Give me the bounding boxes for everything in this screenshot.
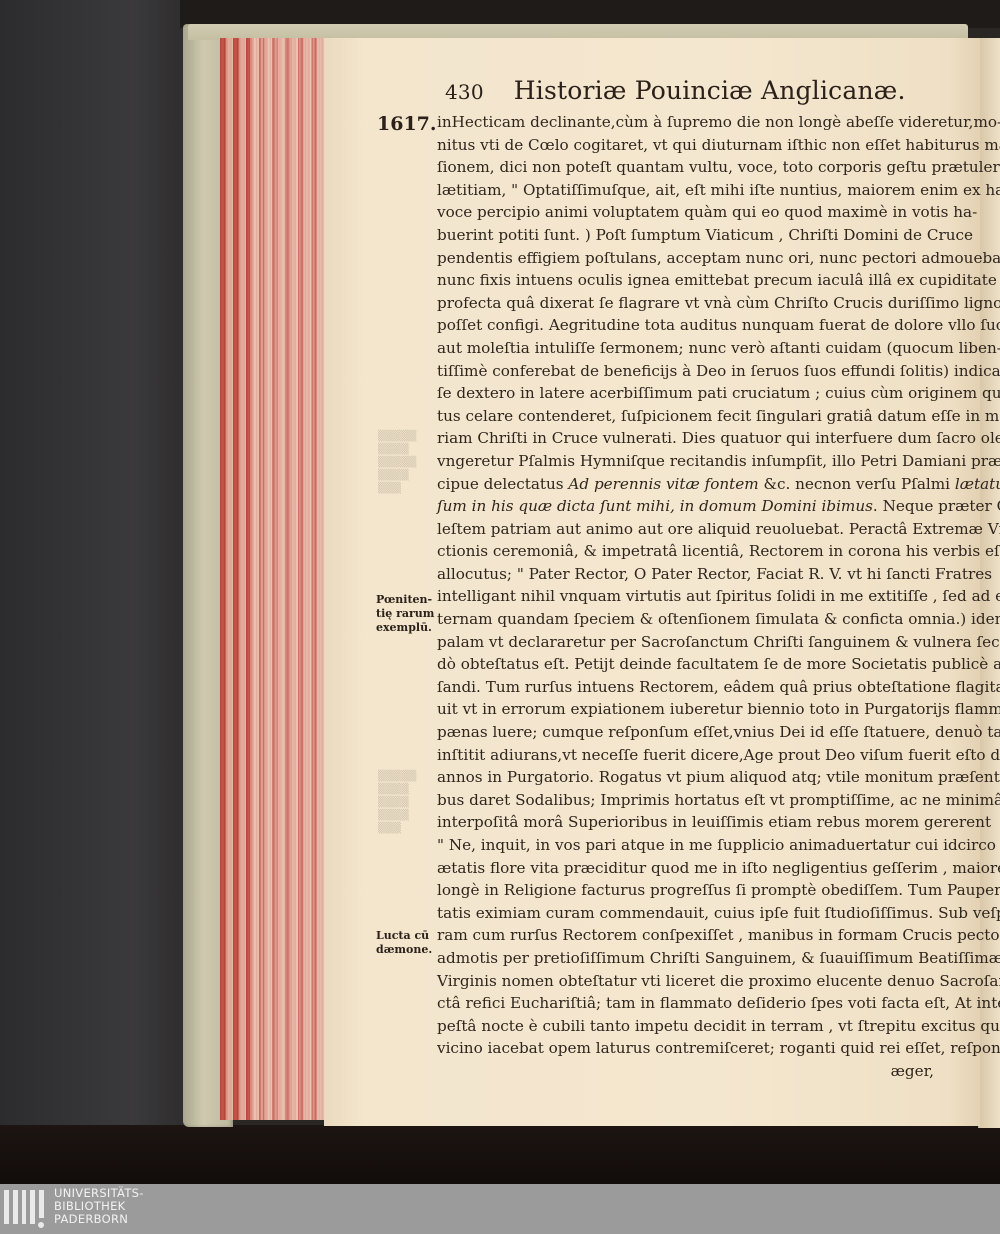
marginal-note-line: Lucta cū [376,929,429,942]
text-line: ctionis ceremoniâ, & impetratâ licentiâ,… [437,540,934,563]
text-line: ſum in his quæ dicta ſunt mihi, in domum… [437,495,934,518]
marginal-note-penitence: Pœniten- tię rarum exemplū. [376,593,434,635]
library-name-line: UNIVERSITÄTS- [54,1186,144,1200]
text-line: poſſet configi. Aegritudine tota auditus… [437,314,934,337]
text-line: inſtitit adiurans,vt neceſſe fuerit dice… [437,744,934,767]
running-head-title: Historiæ Pouinciæ Anglicanæ. [514,76,906,105]
text-line: vicino iacebat opem laturus contremiſcer… [437,1037,934,1060]
library-name-line: BIBLIOTHEK [54,1199,126,1213]
text-line: uit vt in errorum expiationem iuberetur … [437,698,934,721]
text-line: ctâ refici Euchariſtiâ; tam in flammato … [437,992,934,1015]
library-name-line: PADERBORN [54,1212,128,1226]
page-number: 430 [445,80,484,104]
text-line: leſtem patriam aut animo aut ore aliquid… [437,518,934,541]
text-line: ſe dextero in latere acerbiſſimum pati c… [437,382,934,405]
text-line: tatis eximiam curam commendauit, cuius i… [437,902,934,925]
text-line: annos in Purgatorio. Rogatus vt pium ali… [437,766,934,789]
text-line: palam vt declararetur per Sacroſanctum C… [437,631,934,654]
show-through-text: ▒▒▒▒▒▒▒▒▒▒▒▒▒▒▒▒▒▒▒▒ [378,770,416,835]
text-line: ram cum rurſus Rectorem conſpexiſſet , m… [437,924,934,947]
footer-bar: UNIVERSITÄTS- BIBLIOTHEK PADERBORN [0,1184,1000,1234]
marginal-note-line: tię rarum [376,607,434,620]
text-line: ſandi. Tum rurſus intuens Rectorem, eâde… [437,676,934,699]
show-through-text: ▒▒▒▒▒▒▒▒▒▒▒▒▒▒▒▒▒▒▒▒▒ [378,430,416,495]
text-line: dò obteſtatus eſt. Petijt deinde faculta… [437,653,934,676]
running-head: 430Historiæ Pouinciæ Anglicanæ. [445,76,906,105]
text-line: bus daret Sodalibus; Imprimis hortatus e… [437,789,934,812]
text-line: pænas luere; cumque reſponſum eſſet,vniu… [437,721,934,744]
marginal-note-line: dæmone. [376,943,432,956]
text-line: nitus vti de Cœlo cogitaret, vt qui diut… [437,134,934,157]
text-line: ternam quandam ſpeciem & oſtenſionem ſim… [437,608,934,631]
text-line: inHecticam declinante,cùm à ſupremo die … [437,111,934,134]
marginal-note-line: exemplū. [376,621,432,634]
text-line: buerint potiti ſunt. ) Poſt ſumptum Viat… [437,224,934,247]
background-bottom [0,1125,1000,1184]
year-marginal: 1617. [377,113,437,135]
catchword: æger, [437,1060,934,1083]
library-logo-dot [38,1222,44,1228]
text-line: ſionem, dici non poteſt quantam vultu, v… [437,156,934,179]
text-line: admotis per pretioſiſſimum Chriſti Sangu… [437,947,934,970]
text-line: allocutus; " Pater Rector, O Pater Recto… [437,563,934,586]
text-line: aut moleſtia intuliſſe ſermonem; nunc ve… [437,337,934,360]
text-line: longè in Religione facturus progreſſus ſ… [437,879,934,902]
text-line: riam Chriſti in Cruce vulnerati. Dies qu… [437,427,934,450]
text-line: profecta quâ dixerat ſe flagrare vt vnà … [437,292,934,315]
marginal-note-line: Pœniten- [376,593,432,606]
text-line: voce percipio animi voluptatem quàm qui … [437,201,934,224]
text-line: Virginis nomen obteſtatur vti liceret di… [437,970,934,993]
text-line: ætatis flore vita præciditur quod me in … [437,857,934,880]
text-line: lætitiam, " Optatiſſimuſque, ait, eſt mi… [437,179,934,202]
text-line: tus celare contenderet, ſuſpicionem feci… [437,405,934,428]
text-line: nunc fixis intuens oculis ignea emitteba… [437,269,934,292]
body-text: inHecticam declinante,cùm à ſupremo die … [437,111,934,1083]
text-line: intelligant nihil vnquam virtutis aut ſp… [437,585,934,608]
marginal-note-struggle: Lucta cū dæmone. [376,929,432,957]
background-left [0,0,190,1184]
text-line: cipue delectatus Ad perennis vitæ fontem… [437,473,934,496]
text-line: peſtâ nocte è cubili tanto impetu decidi… [437,1015,934,1038]
text-line: vngeretur Pſalmis Hymniſque recitandis i… [437,450,934,473]
text-line: " Ne, inquit, in vos pari atque in me ſu… [437,834,934,857]
library-name: UNIVERSITÄTS- BIBLIOTHEK PADERBORN [54,1187,144,1226]
page-edges-light [250,38,324,1120]
text-line: pendentis effigiem poſtulans, acceptam n… [437,247,934,270]
text-line: tiſſimè conferebat de beneficijs à Deo i… [437,360,934,383]
text-line: interpoſitâ morâ Superioribus in leuiſſi… [437,811,934,834]
